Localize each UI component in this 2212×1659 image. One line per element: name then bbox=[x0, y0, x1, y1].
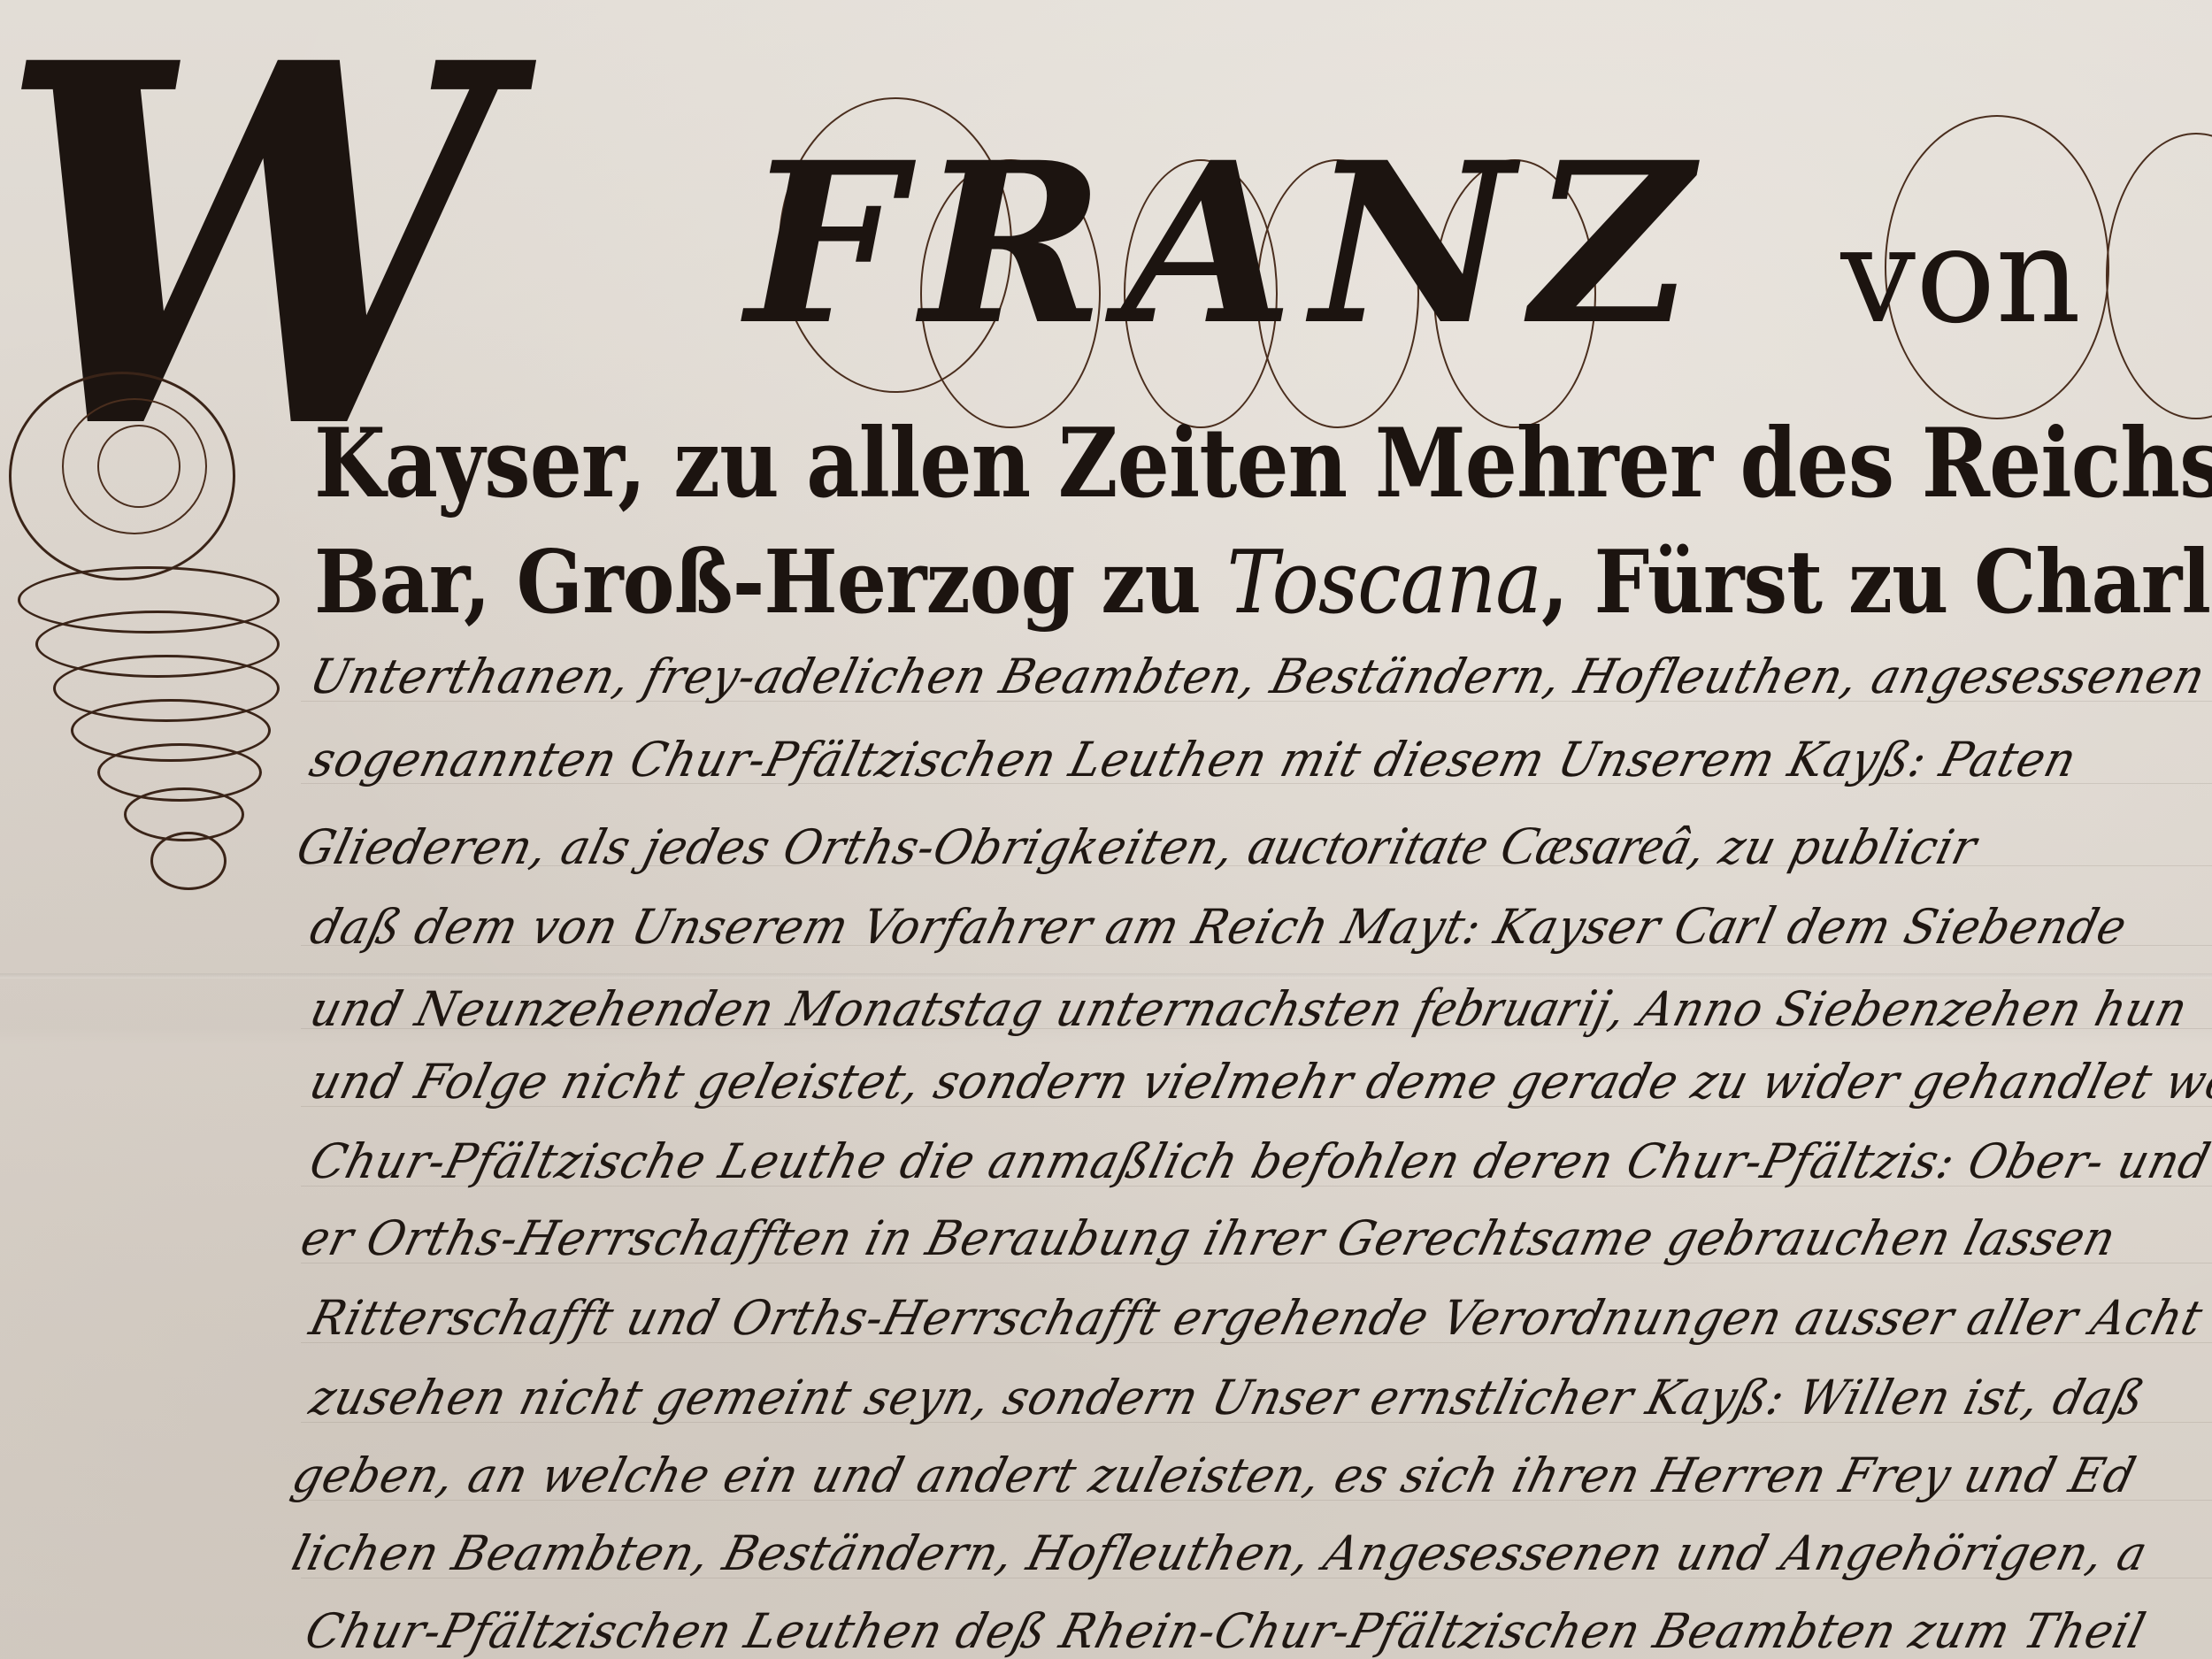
body-line-2: sogenannten Chur-Pfältzischen Leuthen mi… bbox=[305, 736, 2081, 784]
body-line-3: Gliederen, als jedes Orths-Obrigkeiten, … bbox=[292, 818, 1983, 873]
heading-line-3-part-1: Bar, Groß-Herzog zu bbox=[314, 532, 1227, 634]
body-text: und Neunzehenden Monatstag unternachsten bbox=[305, 981, 1425, 1037]
body-line-8: er Orths-Herrschafften in Beraubung ihre… bbox=[296, 1215, 2121, 1263]
body-text: , zu publicir bbox=[1684, 819, 1983, 875]
heading-place-toscana: Toscana bbox=[1227, 533, 1541, 634]
body-line-7: Chur-Pfältzische Leuthe die anmaßlich be… bbox=[305, 1138, 2212, 1186]
heading-connector: von bbox=[1840, 199, 2081, 353]
body-line-5: und Neunzehenden Monatstag unternachsten… bbox=[305, 980, 2193, 1035]
initial-flourish-swirl bbox=[150, 832, 227, 890]
latin-month-februarij: februarij bbox=[1410, 978, 1618, 1038]
body-text: daß dem von Unserem Vorfahrer am Reich M… bbox=[305, 899, 1682, 955]
manuscript-page: W ir FRANZ von G Kayser, zu allen Zeiten… bbox=[0, 0, 2212, 1659]
body-line-12: lichen Beambten, Beständern, Hofleuthen,… bbox=[288, 1530, 2153, 1578]
body-line-1: Unterthanen, frey-adelichen Beambten, Be… bbox=[305, 653, 2210, 701]
heading-line-1: ir FRANZ von G bbox=[495, 133, 2212, 354]
paper-fold bbox=[0, 973, 2212, 979]
body-text: Gliederen, als jedes Orths-Obrigkeiten, bbox=[292, 819, 1256, 875]
body-line-11: geben, an welche ein und andert zuleiste… bbox=[288, 1452, 2140, 1500]
body-line-13: Chur-Pfältzischen Leuthen deß Rhein-Chur… bbox=[301, 1608, 2150, 1655]
initial-flourish-loop bbox=[97, 425, 180, 508]
heading-line-3-part-3: , Fürst zu Charlev bbox=[1541, 532, 2212, 634]
heading-name: FRANZ bbox=[746, 113, 1710, 373]
latin-phrase: auctoritate Cæsareâ bbox=[1242, 816, 1698, 876]
body-line-9: Ritterschafft und Orths-Herrschafft erge… bbox=[305, 1294, 2208, 1342]
body-text: dem Siebende bbox=[1767, 899, 2133, 955]
body-text: , Anno Siebenzehen hun bbox=[1603, 981, 2193, 1037]
body-line-10: zusehen nicht gemeint seyn, sondern Unse… bbox=[305, 1374, 2149, 1422]
body-line-4: daß dem von Unserem Vorfahrer am Reich M… bbox=[305, 898, 2133, 953]
latin-name-carl: Carl bbox=[1668, 895, 1782, 956]
body-line-6: und Folge nicht geleistet, sondern vielm… bbox=[305, 1058, 2212, 1106]
heading-line-3: Bar, Groß-Herzog zu Toscana, Fürst zu Ch… bbox=[314, 540, 2212, 626]
heading-line-2: Kayser, zu allen Zeiten Mehrer des Reich… bbox=[314, 416, 2212, 511]
